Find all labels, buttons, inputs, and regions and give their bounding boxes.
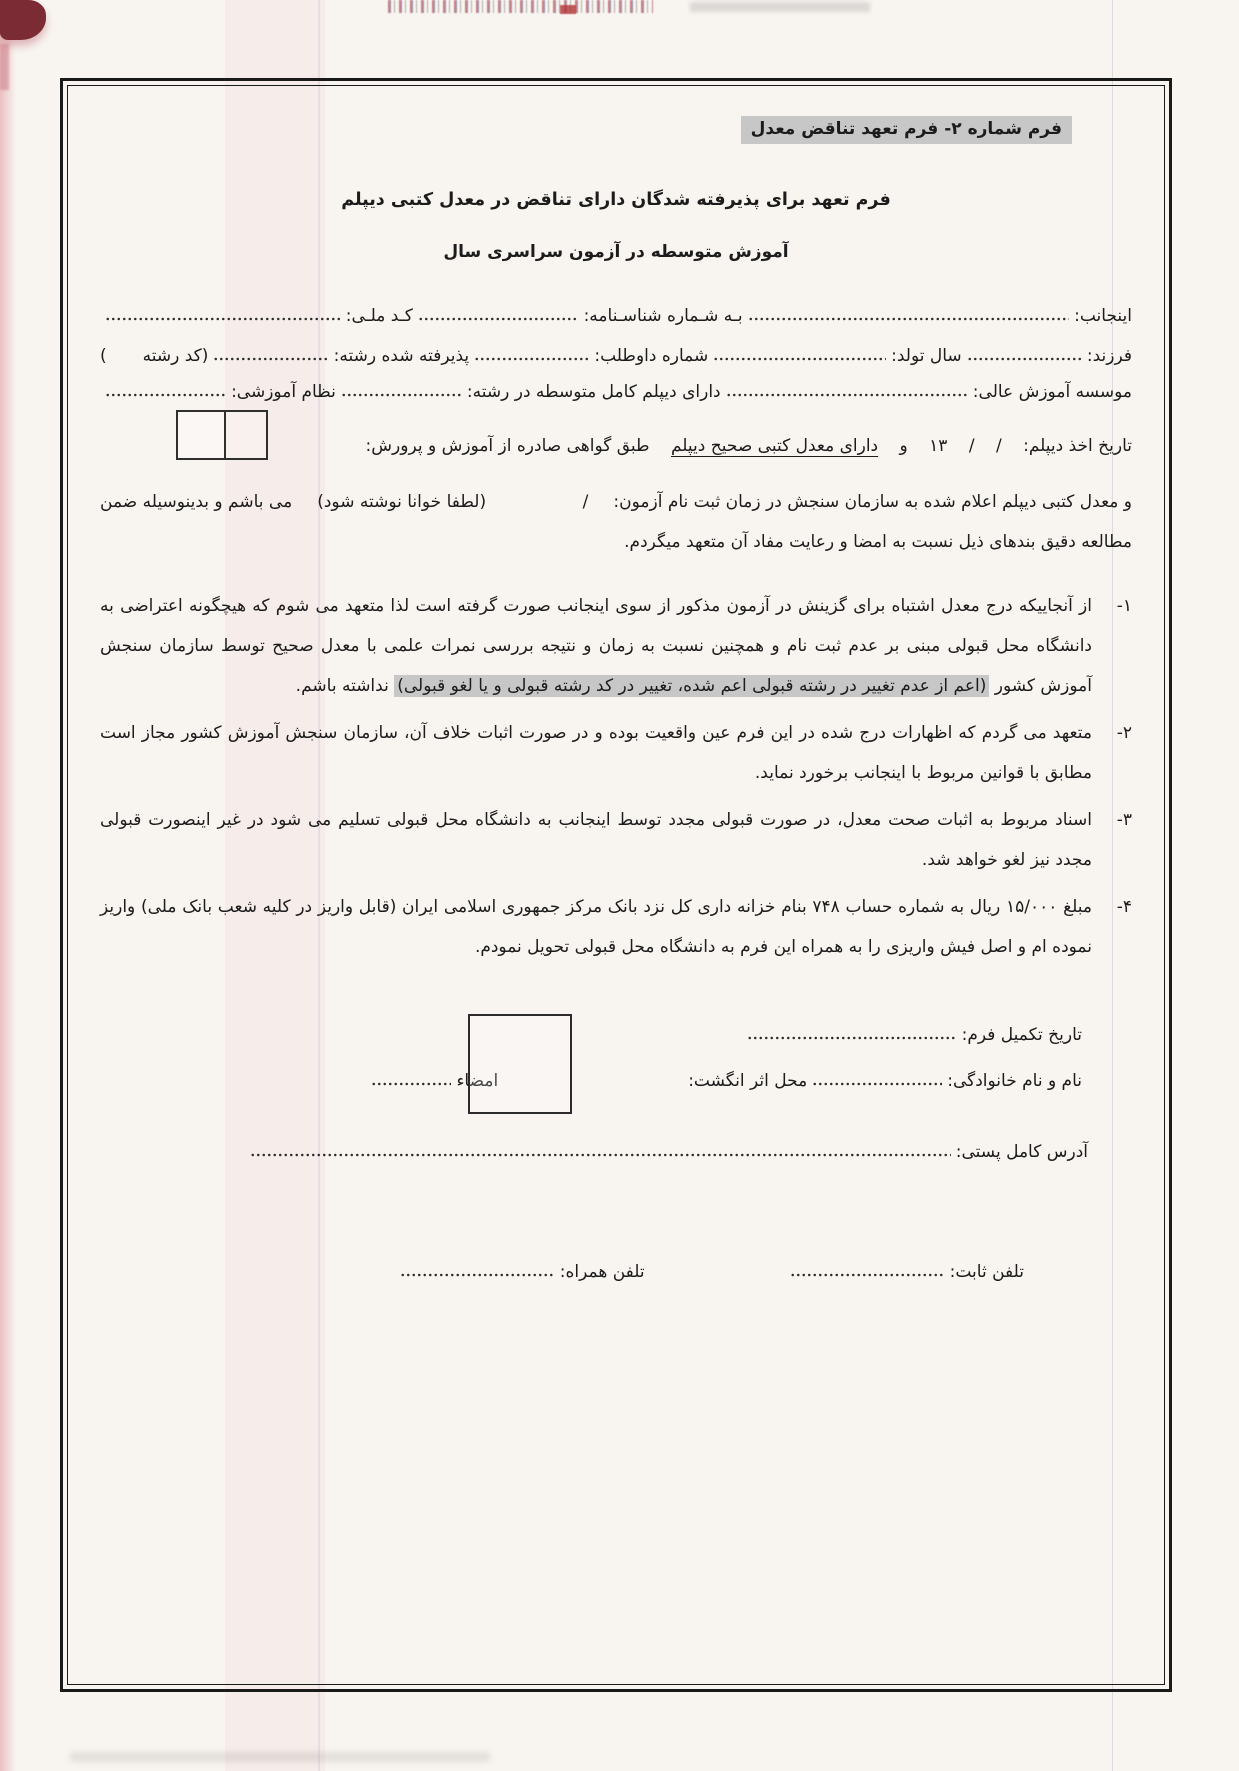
completion-date-label: تاریخ تکمیل فرم: <box>962 1020 1082 1050</box>
commitment-item-1: ۱- از آنجاییکه درج معدل اشتباه برای گزین… <box>100 586 1132 706</box>
pledge-paragraph: و معدل کتبی دیپلم اعلام شده به سازمان سن… <box>100 482 1132 562</box>
item-3-number: ۳- <box>1092 800 1132 880</box>
row-address: آدرس کامل پستی: <box>100 1142 1132 1162</box>
mobile-fill-field <box>400 1271 555 1277</box>
item-4-text: مبلغ ۱۵/۰۰۰ ریال به شماره حساب ۷۴۸ بنام … <box>100 887 1092 967</box>
admitted-field-fill-field <box>213 355 328 361</box>
signature-fill-field <box>371 1080 451 1086</box>
gpa-value-boxes <box>176 410 268 460</box>
child-of-label: فرزند: <box>1087 346 1132 366</box>
pledge-line-2: مطالعه دقیق بندهای ذیل نسبت به امضا و رع… <box>100 522 1132 562</box>
address-label: آدرس کامل پستی: <box>956 1142 1088 1162</box>
field-code-open: (کد رشته <box>143 346 209 366</box>
scan-pink-edge <box>0 0 16 1771</box>
birth-year-label: سال تولد: <box>891 346 962 366</box>
row-name-signature: نام و نام خانوادگی: محل اثر انگشت: امضاء <box>100 1066 1082 1096</box>
applicant-label: اینجانب: <box>1074 306 1132 326</box>
pledge-note: (لطفا خوانا نوشته شود) <box>317 482 486 522</box>
form-content: فرم شماره ۲- فرم تعهد تناقض معدل فرم تعه… <box>67 85 1165 1685</box>
row-applicant: اینجانب: بـه شـماره شناسـنامه: کـد ملـی: <box>100 306 1132 326</box>
birth-year-fill-field <box>713 355 886 361</box>
gpa-box-integer <box>224 412 266 458</box>
completion-date-fill-field <box>747 1034 957 1040</box>
scan-gray-smudge <box>690 2 870 12</box>
gpa-box-fraction <box>178 412 224 458</box>
item-3-text: اسناد مربوط به اثبات صحت معدل، در صورت ق… <box>100 800 1092 880</box>
institute-label: موسسه آموزش عالی: <box>973 382 1132 402</box>
fingerprint-label: محل اثر انگشت: <box>688 1066 807 1096</box>
national-id-fill-field <box>105 315 341 321</box>
national-id-label: کـد ملـی: <box>346 306 413 326</box>
commitment-item-2: ۲- متعهد می گردم که اظهارات درج شده در ا… <box>100 713 1132 793</box>
edu-system-fill-field <box>105 391 226 397</box>
diploma-date-label: تاریخ اخذ دیپلم: <box>1023 436 1132 456</box>
field-code-close: ) <box>100 346 107 366</box>
item-1-text-after: نداشته باشم. <box>296 676 395 696</box>
pledge-line-1: و معدل کتبی دیپلم اعلام شده به سازمان سن… <box>100 482 1132 522</box>
form-border-frame: فرم شماره ۲- فرم تعهد تناقض معدل فرم تعه… <box>60 78 1172 1692</box>
row-diploma-date: تاریخ اخذ دیپلم: / / ۱۳ و دارای معدل کتب… <box>100 436 1132 456</box>
landline-label: تلفن ثابت: <box>950 1262 1024 1282</box>
candidate-no-fill-field <box>474 355 589 361</box>
scan-bottom-smudge <box>70 1752 490 1762</box>
commitment-item-4: ۴- مبلغ ۱۵/۰۰۰ ریال به شماره حساب ۷۴۸ بن… <box>100 887 1132 967</box>
institute-fill-field <box>726 391 968 397</box>
landline-fill-field <box>790 1271 945 1277</box>
edu-system-label: نظام آموزشی: <box>231 382 336 402</box>
scanned-form-page: فرم شماره ۲- فرم تعهد تناقض معدل فرم تعه… <box>0 0 1239 1771</box>
row-phones: تلفن ثابت: تلفن همراه: <box>100 1262 1132 1282</box>
scan-ink-streak <box>0 44 9 90</box>
scan-ink-blob <box>0 0 46 40</box>
item-1-highlighted-clause: (اعم از عدم تغییر در رشته قبولی اعم شده،… <box>394 675 989 697</box>
form-subtitle: آموزش متوسطه در آزمون سراسری سال <box>100 242 1132 262</box>
row-completion-date: تاریخ تکمیل فرم: <box>100 1020 1082 1050</box>
mobile-label: تلفن همراه: <box>560 1262 645 1282</box>
pledge-intro: و معدل کتبی دیپلم اعلام شده به سازمان سن… <box>613 482 1132 522</box>
scan-red-mark <box>560 5 576 14</box>
birth-cert-no-fill-field <box>418 315 579 321</box>
diploma-gpa-underlined-phrase: دارای معدل کتبی صحیح دیپلم <box>671 436 878 456</box>
diploma-date-conjunction: و <box>900 436 908 456</box>
diploma-date-slash-day: / <box>996 436 1002 456</box>
commitment-list: ۱- از آنجاییکه درج معدل اشتباه برای گزین… <box>100 586 1132 974</box>
full-name-fill-field <box>812 1080 942 1086</box>
diploma-field-label: دارای دیپلم کامل متوسطه در رشته: <box>467 382 721 402</box>
applicant-fill-field <box>748 315 1070 321</box>
pledge-slash: / <box>583 482 589 522</box>
row-parent-candidate: فرزند: سال تولد: شماره داوطلب: پذیرفته ش… <box>100 346 1132 366</box>
diploma-date-slash-month: / <box>969 436 975 456</box>
pledge-outro: می باشم و بدینوسیله ضمن <box>100 482 292 522</box>
scan-top-noise <box>388 0 653 13</box>
birth-cert-no-label: بـه شـماره شناسـنامه: <box>584 306 743 326</box>
row-institute: موسسه آموزش عالی: دارای دیپلم کامل متوسط… <box>100 382 1132 402</box>
address-fill-field <box>250 1151 951 1157</box>
form-number-badge: فرم شماره ۲- فرم تعهد تناقض معدل <box>741 116 1072 144</box>
item-1-text: از آنجاییکه درج معدل اشتباه برای گزینش د… <box>100 586 1092 706</box>
item-4-number: ۴- <box>1092 887 1132 967</box>
item-2-number: ۲- <box>1092 713 1132 793</box>
signature-block: تاریخ تکمیل فرم: نام و نام خانوادگی: محل… <box>100 1020 1132 1096</box>
candidate-no-label: شماره داوطلب: <box>594 346 708 366</box>
diploma-date-rest: طبق گواهی صادره از آموزش و پرورش: <box>366 436 650 456</box>
diploma-date-year-prefix: ۱۳ <box>929 436 947 456</box>
commitment-item-3: ۳- اسناد مربوط به اثبات صحت معدل، در صور… <box>100 800 1132 880</box>
diploma-field-fill-field <box>341 391 462 397</box>
child-of-fill-field <box>967 355 1082 361</box>
form-title: فرم تعهد برای پذیرفته شدگان دارای تناقض … <box>100 190 1132 210</box>
full-name-label: نام و نام خانوادگی: <box>947 1066 1082 1096</box>
admitted-field-label: پذیرفته شده رشته: <box>334 346 469 366</box>
fingerprint-box <box>468 1014 572 1114</box>
form-number-badge-row: فرم شماره ۲- فرم تعهد تناقض معدل <box>100 116 1072 144</box>
item-2-text: متعهد می گردم که اظهارات درج شده در این … <box>100 713 1092 793</box>
item-1-number: ۱- <box>1092 586 1132 706</box>
